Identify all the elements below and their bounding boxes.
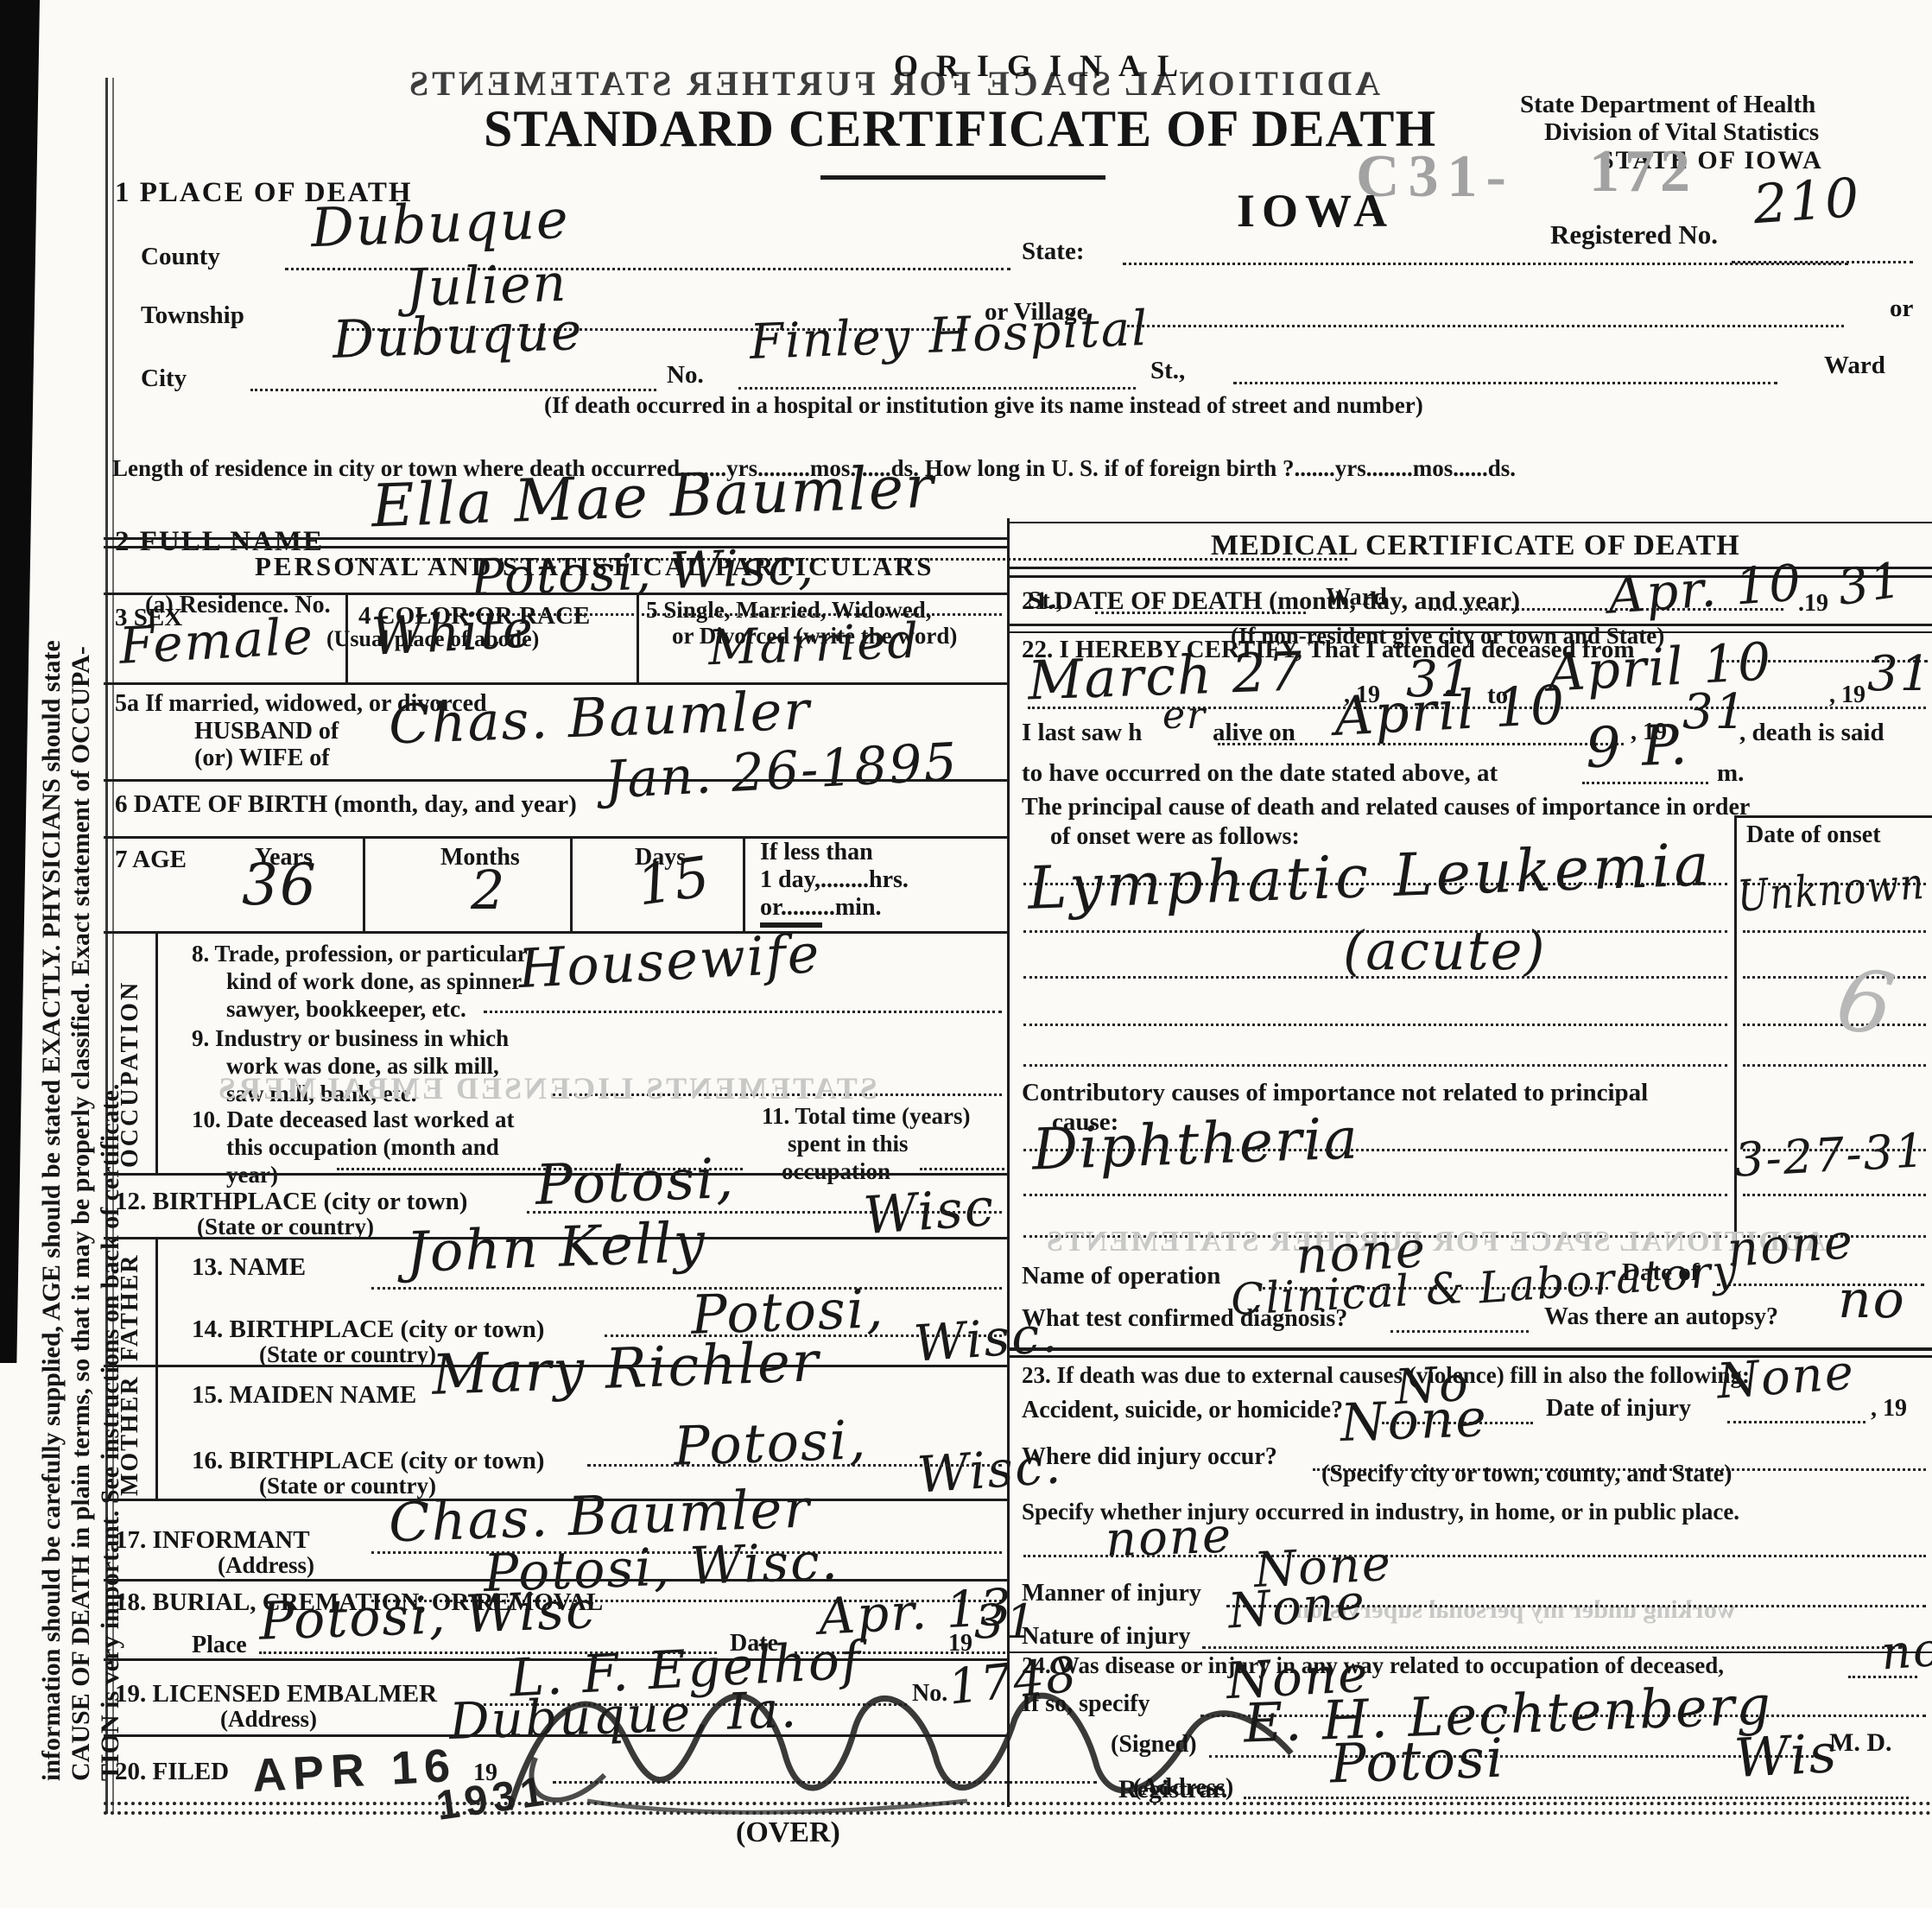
nature-value: None: [1226, 1577, 1368, 1638]
autopsy-label: Was there an autopsy?: [1544, 1304, 1778, 1329]
personal-heading: PERSONAL AND STATISTICAL PARTICULARS: [255, 553, 934, 581]
divider-line: [104, 537, 1009, 540]
bottom-border-line: [104, 1802, 1932, 1805]
burial-place-label: Place: [192, 1632, 247, 1658]
autopsy-value: no: [1838, 1273, 1906, 1328]
county-line: [285, 268, 1010, 270]
occupation-related-value: no: [1879, 1626, 1932, 1679]
pencil-mark: 6: [1830, 953, 1902, 1052]
occupation-vertical-label: OCCUPATION: [117, 935, 143, 1168]
printed-19b: , 19: [1829, 682, 1865, 707]
physician-address-label: (Address): [1133, 1775, 1233, 1800]
date-of-death-label: 21.DATE OF DEATH (month, day, and year): [1022, 587, 1520, 615]
cause-line: [1023, 1064, 1727, 1067]
occurred-prefix: to have occurred on the date stated abov…: [1022, 760, 1498, 786]
onset-line: [1743, 930, 1926, 933]
county-label: County: [141, 244, 220, 269]
lastsaw-mid: alive on: [1213, 719, 1295, 745]
manner-label: Manner of injury: [1022, 1581, 1201, 1606]
date-of-death-year-value: 31: [1834, 555, 1906, 615]
contributory-label1: Contributory causes of importance not re…: [1022, 1080, 1648, 1106]
cell-divider: [637, 593, 639, 682]
lastsaw-suffix: , death is said: [1739, 719, 1884, 745]
divider-line: [1009, 631, 1932, 633]
onset-box-top: [1734, 815, 1932, 818]
contributory-line: [1023, 1194, 1727, 1196]
mother-birthplace-label: 16. BIRTHPLACE (city or town): [192, 1448, 544, 1474]
spouse-label-line2: HUSBAND of: [194, 719, 339, 744]
totaltime-line: [920, 1168, 1004, 1170]
signed-line: [1209, 1755, 1814, 1758]
margin-note-line1: information should be carefully supplied…: [38, 67, 66, 1781]
operation-label: Name of operation: [1022, 1263, 1220, 1289]
physician-address-value: Potosi: [1329, 1729, 1506, 1791]
father-name-value: John Kelly: [405, 1214, 707, 1283]
ward-label: Ward: [1824, 352, 1885, 378]
cause-intro2: of onset were as follows:: [1050, 824, 1300, 849]
age-less-label2: 1 day,........hrs.: [760, 867, 909, 892]
occupation-related-line: [1848, 1676, 1917, 1678]
occupation-row8-line1: 8. Trade, profession, or particular: [192, 941, 528, 966]
city-line: [250, 389, 656, 391]
occupation-value: Housewife: [517, 925, 822, 997]
divider-line: [104, 931, 1009, 934]
totaltime-row11-line3: occupation: [782, 1159, 890, 1183]
occupation-row8-line2: kind of work done, as spinner: [226, 969, 522, 993]
nature-label: Nature of injury: [1022, 1624, 1190, 1649]
birthplace-sub: (State or country): [197, 1214, 374, 1239]
birthplace-label: 12. BIRTHPLACE (city or town): [115, 1189, 467, 1214]
bleedthrough-text: STATEMENTS LICENSED EMBALMERS: [216, 1073, 877, 1106]
institution-line: [738, 387, 1136, 390]
lastsaw-date-value: April 10: [1333, 676, 1567, 745]
scan-black-edge: [0, 0, 40, 1363]
age-less-label3: or.........min.: [760, 895, 882, 920]
mother-birthplace-line: [587, 1464, 1002, 1467]
signed-label: (Signed): [1111, 1732, 1197, 1757]
state-field-line: [1123, 263, 1848, 265]
father-name-label: 13. NAME: [192, 1254, 306, 1280]
father-birthplace-label: 14. BIRTHPLACE (city or town): [192, 1316, 544, 1342]
dept-line1: State Department of Health: [1520, 92, 1815, 117]
cell-divider: [570, 836, 573, 931]
physician-address-line: [1244, 1797, 1909, 1799]
title-underline: [820, 175, 1105, 180]
village-or-label: or: [1890, 295, 1913, 321]
mother-maiden-label: 15. MAIDEN NAME: [192, 1382, 416, 1408]
date-of-death-year-printed: .19: [1798, 591, 1828, 616]
lastsaw-year-value: 31: [1682, 688, 1747, 738]
onset-line: [1743, 1064, 1926, 1067]
totaltime-row11-line1: 11. Total time (years): [762, 1104, 970, 1128]
test-line: [1390, 1330, 1529, 1333]
onset-line: [1743, 1149, 1926, 1151]
filed-label: 20. FILED: [115, 1759, 229, 1784]
vertical-label-divider: [155, 931, 158, 1173]
occupation-line: [484, 1011, 1002, 1013]
attended-to-year: 31,: [1867, 650, 1932, 700]
occupation-related-label: 24. Was disease or injury in any way rel…: [1022, 1653, 1724, 1677]
lastsaw-line: [1218, 743, 1624, 745]
cell-divider: [743, 836, 745, 931]
age-label: 7 AGE: [115, 846, 187, 872]
burial-place-value: Potosi, Wisc: [258, 1583, 598, 1650]
cause-line: [1023, 1024, 1727, 1026]
marital-value: Married: [707, 617, 921, 675]
township-label: Township: [141, 302, 244, 328]
contributory-line: [1023, 1149, 1727, 1151]
age-years-value: 36: [242, 855, 318, 915]
external-causes-label: 23. If death was due to external causes …: [1022, 1363, 1750, 1387]
institution-value: Finley Hospital: [749, 304, 1150, 369]
mother-maiden-value: Mary Richler: [431, 1334, 821, 1405]
onset-label: Date of onset: [1746, 822, 1881, 847]
age-less-label1: If less than: [760, 840, 873, 865]
bottom-border-line: [104, 1811, 1932, 1815]
industry-row9-line1: 9. Industry or business in which: [192, 1026, 509, 1050]
test-value1: Clinical &: [1230, 1265, 1467, 1323]
registered-no-label: Registered No.: [1550, 221, 1718, 250]
mother-vertical-label: MOTHER: [117, 1366, 143, 1496]
street-no-label: No.: [667, 362, 704, 388]
margin-note-line3: TION is very important. See instructions…: [97, 67, 124, 1781]
city-label: City: [141, 365, 187, 391]
filed-date-stamp-month: APR 16: [251, 1741, 459, 1801]
informant-label: 17. INFORMANT: [115, 1527, 310, 1553]
spouse-label-line3: (or) WIFE of: [194, 745, 330, 770]
principal-cause-onset-value: Unknown: [1736, 861, 1927, 920]
state-field-label: State:: [1022, 238, 1084, 264]
age-months-value: 2: [471, 862, 506, 918]
embalmer-sub: (Address): [220, 1707, 317, 1731]
medical-he ading: MEDICAL CERTIFICATE OF DEATH: [1211, 530, 1740, 561]
divider-line: [1009, 522, 1932, 523]
sex-value: Female: [118, 610, 316, 673]
race-value: White: [370, 602, 535, 665]
divider-line: [1009, 624, 1932, 626]
informant-sub: (Address): [218, 1553, 314, 1577]
lastworked-row10-line2: this occupation (month and: [226, 1135, 499, 1159]
street-label: St.,: [1150, 358, 1185, 384]
certificate-title: STANDARD CERTIFICATE OF DEATH: [484, 102, 1436, 156]
ifso-label: If so, specify: [1022, 1691, 1150, 1716]
date-of-death-value: Apr. 10: [1606, 556, 1804, 622]
father-birthplace-sub: (State or country): [259, 1342, 436, 1366]
occurred-suffix: m.: [1717, 760, 1744, 786]
occurred-time-value: 9 P.: [1585, 717, 1690, 778]
cell-divider: [363, 836, 365, 931]
divider-line: [104, 546, 1009, 548]
death-certificate-scan: information should be carefully supplied…: [0, 0, 1932, 1908]
city-value: Dubuque: [332, 305, 584, 368]
occupation-row8-line3: sawyer, bookkeeper, etc.: [226, 997, 466, 1021]
state-name: IOWA: [1237, 187, 1394, 236]
embalmer-label: 19. LICENSED EMBALMER: [115, 1681, 437, 1707]
accident-label: Accident, suicide, or homicide?: [1022, 1398, 1343, 1423]
file-number-stamp-right: 172: [1589, 140, 1695, 204]
where-injury-label: Where did injury occur?: [1022, 1444, 1277, 1469]
county-value: Dubuque: [310, 191, 571, 257]
margin-note-line2: CAUSE OF DEATH in plain terms, so that i…: [67, 67, 95, 1781]
hospital-note: (If death occurred in a hospital or inst…: [544, 393, 1423, 417]
dob-label: 6 DATE OF BIRTH (month, day, and year): [115, 791, 577, 817]
father-vertical-label: FATHER: [117, 1239, 143, 1361]
public-place-value: none: [1105, 1511, 1233, 1566]
lastsaw-er-value: er: [1162, 696, 1207, 736]
birthplace-value-city: Potosi,: [535, 1151, 736, 1215]
totaltime-row11-line2: spent in this: [788, 1131, 909, 1156]
lastsaw-prefix: I last saw h: [1022, 719, 1142, 745]
cause-intro1: The principal cause of death and related…: [1022, 795, 1750, 820]
birthplace-line: [527, 1211, 1002, 1214]
divider-line: [104, 593, 1009, 595]
lastworked-row10-line1: 10. Date deceased last worked at: [192, 1107, 514, 1131]
vertical-label-divider: [155, 1365, 158, 1499]
registered-no-value: 210: [1751, 169, 1863, 233]
physician-address-state: Wis: [1732, 1725, 1840, 1786]
operation-date-value: none: [1726, 1217, 1856, 1277]
where-injury-value: None: [1340, 1391, 1489, 1451]
vertical-label-divider: [155, 1237, 158, 1365]
injury-date-19: , 19: [1871, 1396, 1907, 1421]
original-stamp: O R I G I N A L: [894, 50, 1183, 83]
divider-line: [104, 682, 1009, 685]
md-label: M. D.: [1829, 1729, 1891, 1757]
cell-divider: [345, 593, 348, 682]
principal-cause-value2: (acute): [1343, 922, 1547, 979]
street-line: [1233, 382, 1777, 384]
occurred-line: [1582, 782, 1708, 784]
public-place-line: [1023, 1555, 1926, 1557]
injury-date-label: Date of injury: [1546, 1396, 1691, 1421]
over-label: (OVER): [736, 1817, 840, 1848]
contributory-onset-value: 3-27-31: [1733, 1126, 1928, 1185]
father-name-line: [371, 1287, 1002, 1290]
injury-date-value: None: [1715, 1347, 1857, 1408]
age-days-value: 15: [634, 848, 715, 916]
injury-date-line: [1727, 1421, 1865, 1423]
contributory-value: Diphtheria: [1031, 1108, 1360, 1179]
specify-city-note: (Specify city or town, county, and State…: [1321, 1461, 1732, 1486]
onset-line: [1743, 1194, 1926, 1196]
village-line: [1127, 325, 1844, 327]
